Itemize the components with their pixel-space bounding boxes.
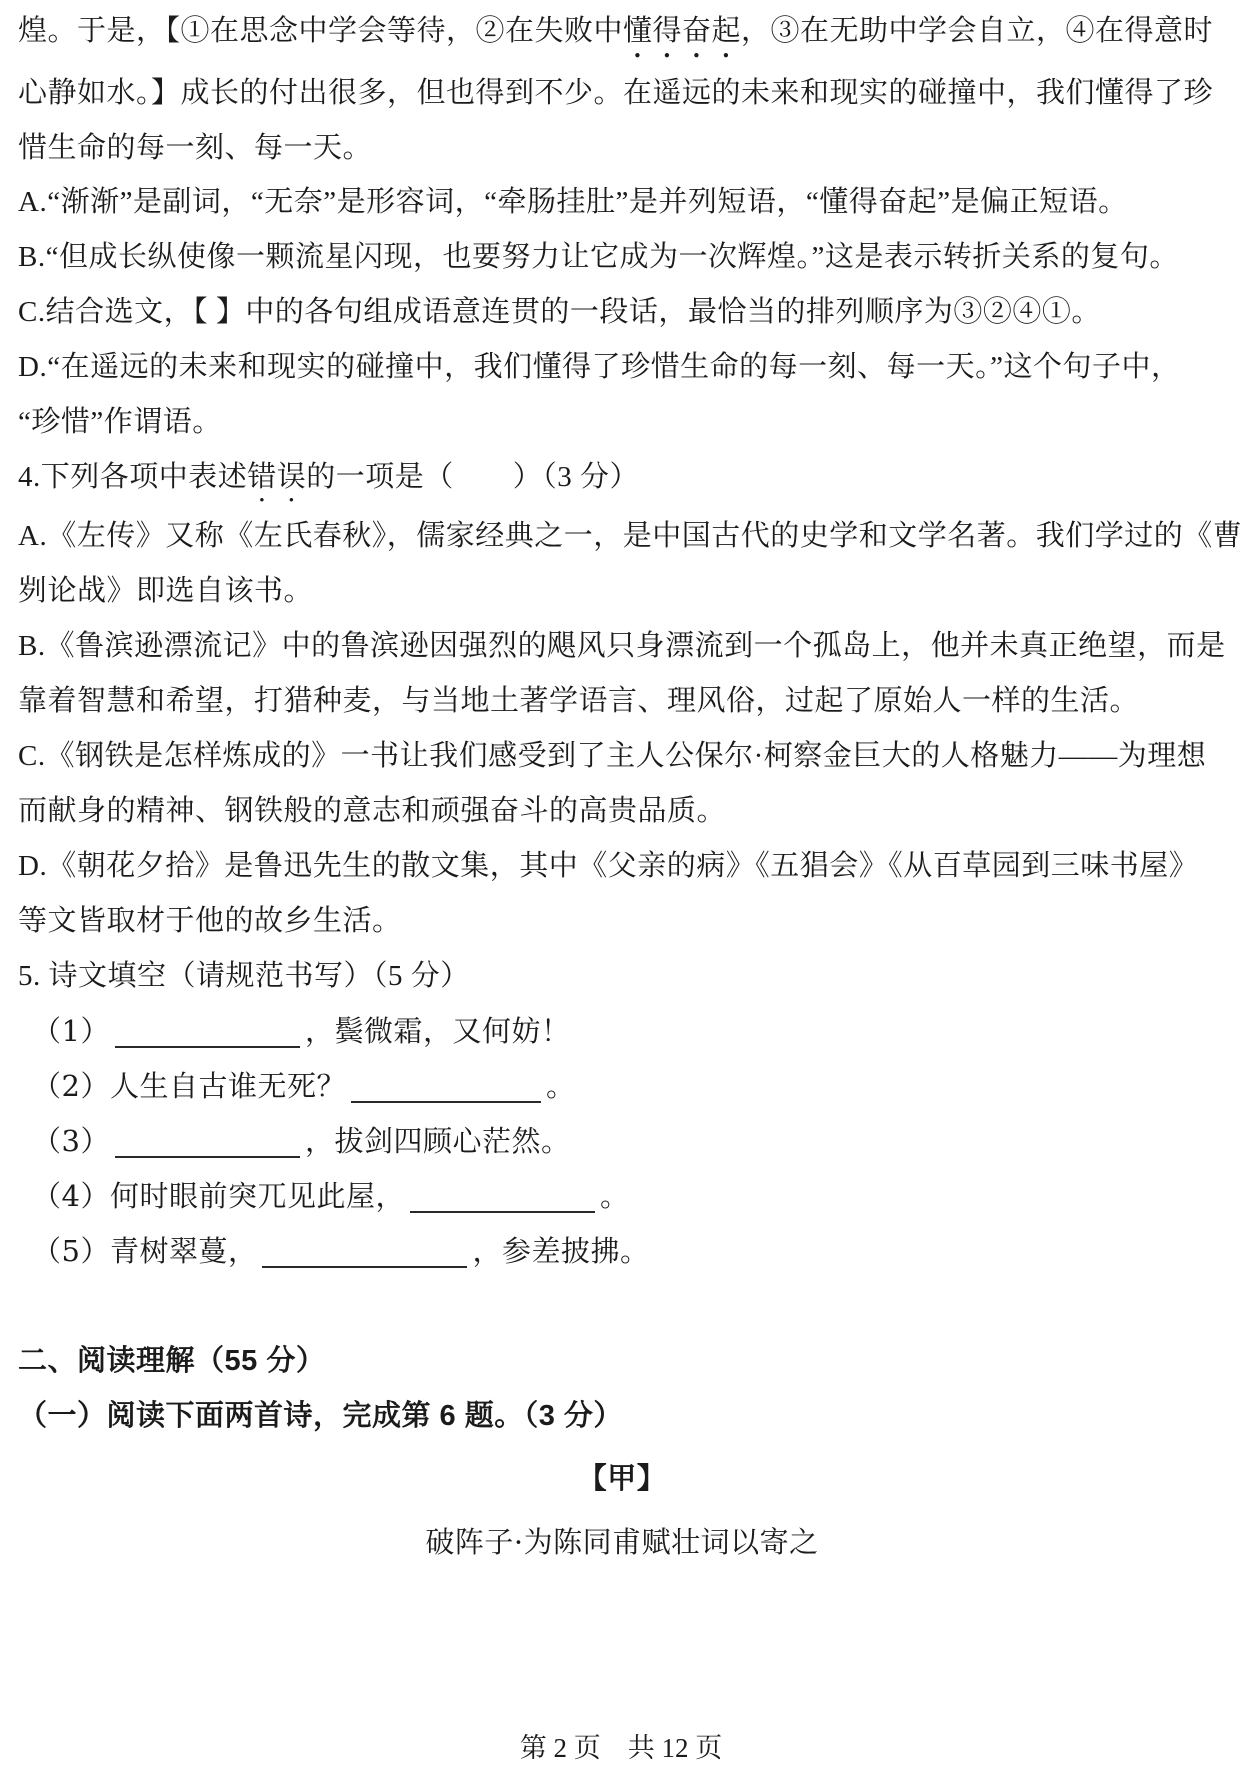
q5-stem: 5. 诗文填空（请规范书写）（5 分）: [18, 949, 1226, 1004]
passage-line-2: 心静如水。】成长的付出很多，但也得到不少。在遥远的未来和现实的碰撞中，我们懂得了…: [18, 65, 1226, 120]
text-run: A.《左传》又称《左氏春秋》，儒家经典之一，是中国古代的史学和文学名著。我们学过…: [18, 520, 1242, 552]
q3-option-d: D.“在遥远的未来和现实的碰撞中，我们懂得了珍惜生命的每一刻、每一天。”这个句子…: [18, 340, 1226, 395]
poem-title: 破阵子·为陈同甫赋壮词以寄之: [18, 1515, 1226, 1570]
text-run: ，鬓微霜，又何妨！: [305, 1014, 571, 1048]
fill-in-blank-line: [410, 1181, 595, 1213]
text-run: D.“在遥远的未来和现实的碰撞中，我们懂得了珍惜生命的每一刻、每一天。”这个句子…: [18, 351, 1180, 383]
text-run: 。: [546, 1069, 576, 1103]
text-run: B.《鲁滨逊漂流记》中的鲁滨逊因强烈的飓风只身漂流到一个孤岛上，他并未真正绝望，…: [18, 630, 1226, 662]
page-footer: 第 2 页 共 12 页: [0, 1728, 1242, 1768]
passage-line-1: 煌。于是，【①在思念中学会等待，②在失败中懂得奋起，③在无助中学会自立，④在得意…: [18, 3, 1226, 65]
q4-option-a-cont: 刿论战》即选自该书。: [18, 564, 1226, 619]
q4-option-b-cont: 靠着智慧和希望，打猎种麦，与当地土著学语言、理风俗，过起了原始人一样的生活。: [18, 674, 1226, 729]
q4-option-d: D.《朝花夕拾》是鲁迅先生的散文集，其中《父亲的病》《五猖会》《从百草园到三味书…: [18, 839, 1226, 894]
text-run: （2）人生自古谁无死？: [32, 1069, 346, 1103]
q4-option-c: C.《钢铁是怎样炼成的》一书让我们感受到了主人公保尔·柯察金巨大的人格魅力——为…: [18, 729, 1226, 784]
passage-line-3: 惜生命的每一刻、每一天。: [18, 120, 1226, 175]
text-run: C.《钢铁是怎样炼成的》一书让我们感受到了主人公保尔·柯察金巨大的人格魅力——为…: [18, 740, 1206, 772]
fill-in-blank-line: [115, 1126, 300, 1158]
text-run: 二、阅读理解（55 分）: [18, 1345, 325, 1377]
text-run: 4.下列各项中表述: [18, 461, 247, 493]
text-run: （1）: [32, 1014, 110, 1048]
poem-label-jia: 【甲】: [18, 1452, 1226, 1507]
text-run: D.《朝花夕拾》是鲁迅先生的散文集，其中《父亲的病》《五猖会》《从百草园到三味书…: [18, 850, 1198, 882]
exam-page: 煌。于是，【①在思念中学会等待，②在失败中懂得奋起，③在无助中学会自立，④在得意…: [0, 0, 1242, 1770]
q3-option-b: B.“但成长纵使像一颗流星闪现，也要努力让它成为一次辉煌。”这是表示转折关系的复…: [18, 230, 1226, 285]
emphasized-text: 错误: [247, 461, 306, 493]
text-run: 破阵子·为陈同甫赋壮词以寄之: [425, 1525, 818, 1559]
text-run: （4）何时眼前突兀见此屋，: [32, 1179, 405, 1213]
text-run: 刿论战》即选自该书。: [18, 575, 313, 607]
text-run: 的一项是（ ）（3 分）: [306, 461, 639, 493]
q4-option-c-cont: 而献身的精神、钢铁般的意志和顽强奋斗的高贵品质。: [18, 784, 1226, 839]
text-run: 心静如水。】成长的付出很多，但也得到不少。在遥远的未来和现实的碰撞中，我们懂得了…: [18, 75, 1213, 109]
text-run: C.结合选文，【 】中的各句组成语意连贯的一段话，最恰当的排列顺序为③②④①。: [18, 296, 1101, 328]
section-2-sub-heading: （一）阅读下面两首诗，完成第 6 题。（3 分）: [18, 1389, 1226, 1444]
text-run: （一）阅读下面两首诗，完成第 6 题。（3 分）: [18, 1400, 623, 1432]
q5-item-4: （4）何时眼前突兀见此屋，。: [18, 1169, 1226, 1224]
q4-stem: 4.下列各项中表述错误的一项是（ ）（3 分）: [18, 450, 1226, 509]
text-run: 靠着智慧和希望，打猎种麦，与当地土著学语言、理风俗，过起了原始人一样的生活。: [18, 685, 1139, 717]
fill-in-blank-line: [115, 1016, 300, 1048]
text-run: ，③在无助中学会自立，④在得意时: [741, 13, 1213, 47]
text-run: 等文皆取材于他的故乡生活。: [18, 905, 402, 937]
q3-option-c: C.结合选文，【 】中的各句组成语意连贯的一段话，最恰当的排列顺序为③②④①。: [18, 285, 1226, 340]
q5-item-2: （2）人生自古谁无死？。: [18, 1059, 1226, 1114]
text-run: ，拔剑四顾心茫然。: [305, 1124, 571, 1158]
q5-item-1: （1），鬓微霜，又何妨！: [18, 1004, 1226, 1059]
document-body: 煌。于是，【①在思念中学会等待，②在失败中懂得奋起，③在无助中学会自立，④在得意…: [18, 3, 1226, 1570]
text-run: 煌。于是，【①在思念中学会等待，②在失败中: [18, 13, 623, 47]
q4-option-d-cont: 等文皆取材于他的故乡生活。: [18, 894, 1226, 949]
q3-option-d-cont: “珍惜”作谓语。: [18, 395, 1226, 450]
q4-option-a: A.《左传》又称《左氏春秋》，儒家经典之一，是中国古代的史学和文学名著。我们学过…: [18, 509, 1226, 564]
text-run: ，参差披拂。: [472, 1234, 649, 1268]
text-run: 【甲】: [578, 1463, 667, 1495]
text-run: A.“渐渐”是副词，“无奈”是形容词，“牵肠挂肚”是并列短语，“懂得奋起”是偏正…: [18, 186, 1128, 218]
q4-option-b: B.《鲁滨逊漂流记》中的鲁滨逊因强烈的飓风只身漂流到一个孤岛上，他并未真正绝望，…: [18, 619, 1226, 674]
fill-in-blank-line: [351, 1071, 541, 1103]
q5-item-3: （3），拔剑四顾心茫然。: [18, 1114, 1226, 1169]
q3-option-a: A.“渐渐”是副词，“无奈”是形容词，“牵肠挂肚”是并列短语，“懂得奋起”是偏正…: [18, 175, 1226, 230]
text-run: （5）青树翠蔓，: [32, 1234, 257, 1268]
text-run: 5. 诗文填空（请规范书写）（5 分）: [18, 960, 470, 992]
fill-in-blank-line: [262, 1236, 467, 1268]
text-run: B.“但成长纵使像一颗流星闪现，也要努力让它成为一次辉煌。”这是表示转折关系的复…: [18, 241, 1179, 273]
text-run: 。: [600, 1179, 630, 1213]
text-run: “珍惜”作谓语。: [18, 406, 222, 438]
text-run: 惜生命的每一刻、每一天。: [18, 130, 372, 164]
section-2-heading: 二、阅读理解（55 分）: [18, 1334, 1226, 1389]
emphasized-text: 懂得奋起: [623, 13, 741, 47]
text-run: （3）: [32, 1124, 110, 1158]
text-run: 而献身的精神、钢铁般的意志和顽强奋斗的高贵品质。: [18, 795, 726, 827]
q5-item-5: （5）青树翠蔓，，参差披拂。: [18, 1224, 1226, 1279]
